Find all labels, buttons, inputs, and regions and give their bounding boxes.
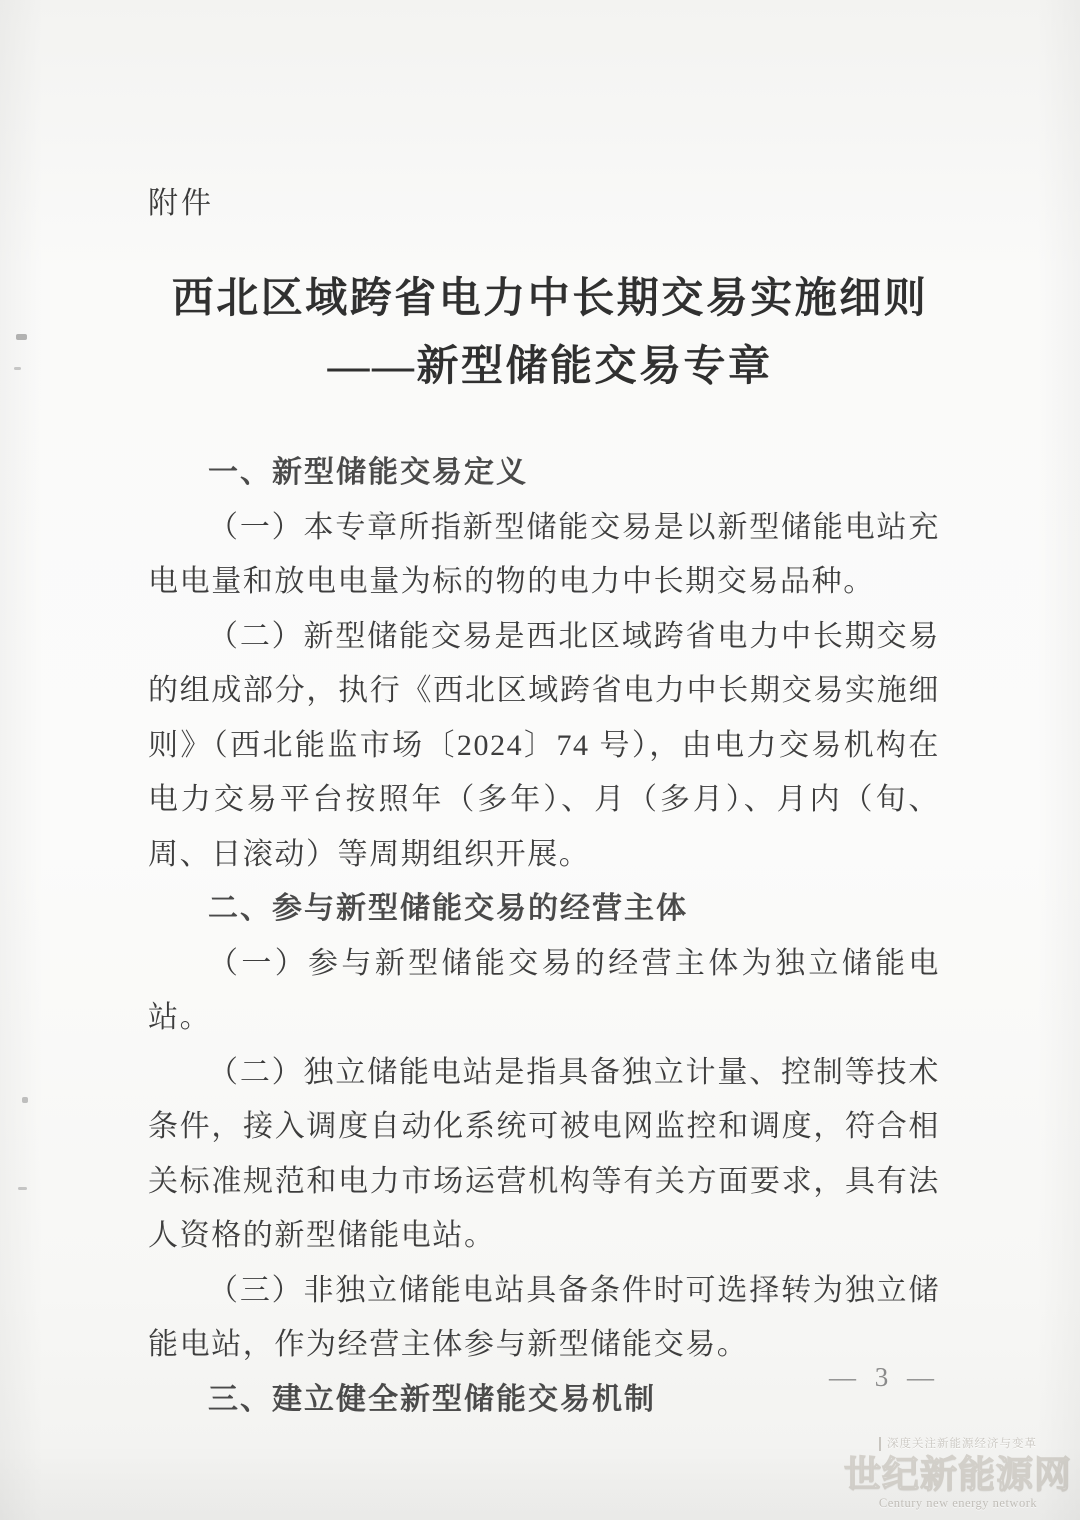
watermark: 深度关注新能源经济与变革 世纪新能源网 Century new energy n…: [838, 1434, 1078, 1511]
scan-speck: [14, 367, 21, 370]
section-heading-1: 一、新型储能交易定义: [148, 446, 940, 501]
paragraph: （一）参与新型储能交易的经营主体为独立储能电站。: [148, 937, 940, 1046]
scan-speck: [16, 334, 27, 340]
paragraph: （一）本专章所指新型储能交易是以新型储能电站充电电量和放电电量为标的物的电力中长…: [148, 501, 940, 610]
section-heading-2: 二、参与新型储能交易的经营主体: [148, 882, 940, 937]
document-body: 一、新型储能交易定义 （一）本专章所指新型储能交易是以新型储能电站充电电量和放电…: [148, 446, 940, 1427]
scan-speck: [18, 1187, 27, 1190]
document-title-line1: 西北区域跨省电力中长期交易实施细则: [150, 268, 950, 330]
scan-speck: [22, 1097, 28, 1103]
watermark-brand: 世纪新能源网: [838, 1454, 1078, 1496]
document-title-line2: ——新型储能交易专章: [150, 336, 950, 398]
page-number: — 3 —: [0, 1362, 940, 1393]
watermark-slogan: 深度关注新能源经济与变革: [879, 1437, 1037, 1451]
paragraph: （二）独立储能电站是指具备独立计量、控制等技术条件，接入调度自动化系统可被电网监…: [148, 1046, 940, 1264]
paragraph: （三）非独立储能电站具备条件时可选择转为独立储能电站，作为经营主体参与新型储能交…: [148, 1264, 940, 1373]
watermark-brand-english: Century new energy network: [838, 1496, 1078, 1511]
document-title: 西北区域跨省电力中长期交易实施细则 ——新型储能交易专章: [150, 268, 950, 398]
attachment-label: 附件: [148, 178, 214, 222]
scanned-document-page: 附件 西北区域跨省电力中长期交易实施细则 ——新型储能交易专章 一、新型储能交易…: [0, 0, 1080, 1520]
paragraph: （二）新型储能交易是西北区域跨省电力中长期交易的组成部分，执行《西北区域跨省电力…: [148, 610, 940, 883]
